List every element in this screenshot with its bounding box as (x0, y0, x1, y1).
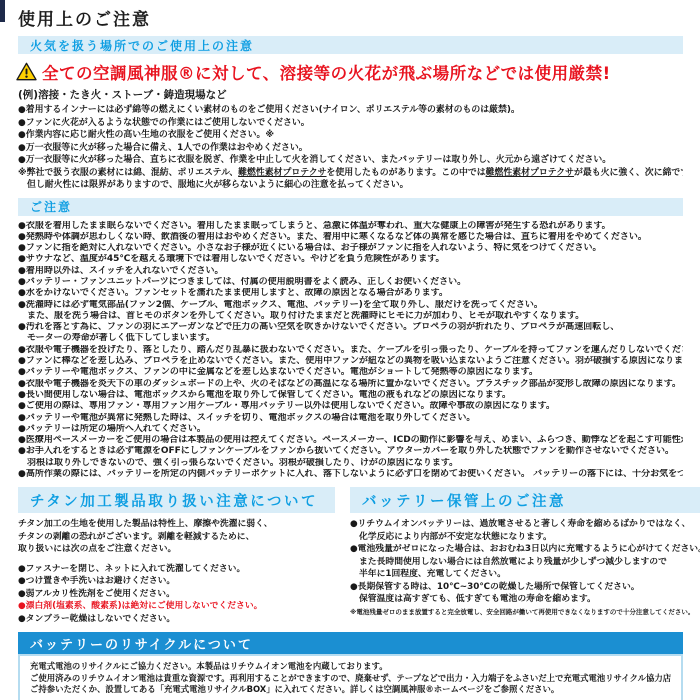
caution-notes-list: ●衣服を着用したまま眠らないでください。着用したまま眠ってしまうと、急激に体温が… (18, 221, 683, 481)
text-line: ご持参いただくか、設置してある「充電式電池リサイクルBOX」に入れてください。詳… (30, 684, 671, 696)
text-line: ●ファンに棒などを差し込み、プロペラを止めないでください。また、使用中ファンが紐… (18, 356, 683, 367)
text-line: ●タンブラー乾燥はしないでください。 (18, 613, 335, 626)
text-line: ●電池残量がゼロになった場合は、おおむね3日以内に充電するように心がけてください… (350, 543, 700, 556)
text-line: ●長い間使用しない場合は、電池ボックスから電池を取り外して保管してください。電池… (18, 390, 683, 401)
text-line: 保管温度は高すぎても、低すぎても電池の寿命を縮めます。 (350, 593, 700, 606)
text-line: 取り扱いには次の点をご注意ください。 (18, 543, 335, 556)
title-accent-bar (0, 0, 5, 22)
text-line: 充電式電池のリサイクルにご協力ください。本製品はリチウムイオン電池を内蔵しており… (30, 661, 671, 673)
text-line: ●水をかけないでください。ファンセットを濡れたまま使用しますと、故障の原因となる… (18, 288, 683, 299)
titanium-section-header: チタン加工製品取り扱い注意について (18, 487, 335, 513)
text-line: ●衣服を着用したまま眠らないでください。着用したまま眠ってしまうと、急激に体温が… (18, 221, 683, 232)
text-segment: が最も火に強く、次に綿です。 (574, 168, 683, 178)
text-line: また、服を洗う場合は、首ヒモのボタンを外してください。取り付けたままだと洗濯時に… (18, 311, 683, 322)
text-line: ●汚れを落とす為に、ファンの羽にエアーガンなどで圧力の高い空気を吹きかけないでく… (18, 322, 683, 333)
text-line: ●着用するインナーには必ず綿等の燃えにくい素材のものをご使用ください(ナイロン、… (18, 104, 683, 117)
text-line: 但し耐火性には限界がありますので、服地に火が移らないように細心の注意を払ってくだ… (18, 179, 683, 192)
text-line: ●医療用ペースメーカーをご使用の場合は本製品の使用は控えてください。ペースメーカ… (18, 435, 683, 446)
warning-triangle-icon (16, 62, 37, 81)
text-line: ●ご使用の際は、専用ファン・専用ファン用ケーブル・専用バッテリー以外は使用しない… (18, 401, 683, 412)
text-line: ●着用時以外は、スイッチを入れないでください。 (18, 266, 683, 277)
text-line: 半年に1回程度、充電してください。 (350, 568, 700, 581)
fire-notes-list: ●着用するインナーには必ず綿等の燃えにくい素材のものをご使用ください(ナイロン、… (18, 104, 683, 192)
battery-storage-section: バッテリー保管上のご注意 ●リチウムイオンバッテリーは、過放電させると著しく寿命… (350, 487, 700, 625)
text-line: ●高所作業の際には、バッテリーを所定の内側バッテリーポケットに入れ、落下しないよ… (18, 469, 683, 480)
text-line: ●つけ置きや手洗いはお避けください。 (18, 575, 335, 588)
text-line: ●作業内容に応じ耐火性の高い生地の衣服をご使用ください。※ (18, 129, 683, 142)
underlined-text: 難燃性素材プロテクサ (238, 168, 326, 178)
text-segment: ※弊社で扱う衣服の素材には綿、混紡、ポリエステル、 (18, 168, 238, 178)
text-line: ●バッテリー・ファンユニットパーツにつきましては、付属の使用説明書をよく読み、正… (18, 277, 683, 288)
text-line: ●バッテリーや電池ボックス、ファンの中に金属などを差し込まないでください。電池が… (18, 367, 683, 378)
text-line: ●ファンに火花が入るような状態での作業にはご使用しないでください。 (18, 117, 683, 130)
fire-section-header: 火気を扱う場所でのご使用上の注意 (18, 36, 683, 54)
text-line: ●サウナなど、温度が45℃を越える環境下では着用しないでください。やけどを負う危… (18, 254, 683, 265)
text-line: ●お手入れをするときは必ず電源をOFFにしファンケーブルをファンから抜いてくださ… (18, 446, 683, 457)
text-line: 羽根は取り外しできないので、強く引っ張らないでください。羽根が破損したり、けがの… (18, 458, 683, 469)
titanium-notes-list: チタン加工の生地を使用した製品は特性上、摩擦や洗濯に弱く、チタンの剥離の恐れがご… (18, 518, 335, 625)
text-line: ●万一衣服等に火が移った場合に備え、1人での作業はおやめください。 (18, 142, 683, 155)
recycle-info-box: 充電式電池のリサイクルにご協力ください。本製品はリチウムイオン電池を内蔵しており… (18, 654, 683, 700)
battery-storage-notes-list: ●リチウムイオンバッテリーは、過放電させると著しく寿命を縮めるばかりではなく、化… (350, 518, 700, 617)
two-column-section: チタン加工製品取り扱い注意について チタン加工の生地を使用した製品は特性上、摩擦… (18, 487, 683, 625)
example-line: (例)溶接・たき火・ストーブ・鋳造現場など (18, 87, 700, 99)
text-line: ご使用済みのリチウムイオン電池は貴重な資源です。再利用することができますので、廃… (30, 673, 671, 685)
text-segment: を使用したものがあります。この中では (327, 168, 486, 178)
warning-banner: 全ての空調風神服®に対して、溶接等の火花が飛ぶ場所などでは使用厳禁! (16, 60, 700, 83)
text-line: ※電池残量ゼロのまま放置すると完全放電し、安全回路が働いて再使用できなくなります… (350, 608, 700, 617)
warning-text: 全ての空調風神服®に対して、溶接等の火花が飛ぶ場所などでは使用厳禁! (42, 60, 611, 84)
text-line: ●バッテリーは所定の場所へ入れてください。 (18, 424, 683, 435)
text-line: チタンの剥離の恐れがございます。剥離を軽減するために、 (18, 531, 335, 544)
text-line: ●リチウムイオンバッテリーは、過放電させると著しく寿命を縮めるばかりではなく、 (350, 518, 700, 531)
titanium-section: チタン加工製品取り扱い注意について チタン加工の生地を使用した製品は特性上、摩擦… (18, 487, 335, 625)
recycle-section-header: バッテリーのリサイクルについて (18, 632, 683, 654)
text-line: ●弱アルカリ性洗剤をご使用ください。 (18, 588, 335, 601)
text-line: ●衣服や電子機器を投げたり、落としたり、踏んだり乱暴に扱わないでください。また、… (18, 345, 683, 356)
underlined-text: 難燃性素材プロテクサ (486, 168, 574, 178)
text-line: モーターの寿命が著しく低下してしまいます。 (18, 333, 683, 344)
caution-section-header: ご注意 (18, 198, 683, 216)
text-line: ●漂白剤(塩素系、酸素系)は絶対にご使用しないでください。 (18, 600, 335, 613)
text-line: ※弊社で扱う衣服の素材には綿、混紡、ポリエステル、難燃性素材プロテクサを使用した… (18, 167, 683, 180)
page-title: 使用上のご注意 (18, 5, 700, 30)
battery-storage-header: バッテリー保管上のご注意 (350, 487, 700, 513)
text-line: 化学反応により内部が不安定な状態になります。 (350, 531, 700, 544)
text-line: ●バッテリーや電池が異常に発熱した時は、スイッチを切り、電池ボックスの場合は電池… (18, 413, 683, 424)
text-line: ●ファンに指を絶対に入れないでください。小さなお子様が近くにいる場合は、お子様が… (18, 243, 683, 254)
text-line: ●ファスナーを閉じ、ネットに入れて洗濯してください。 (18, 563, 335, 576)
text-line: ●衣服や電子機器を炎天下の車のダッシュボードの上や、火のそばなどの高温になる場所… (18, 379, 683, 390)
text-line: ●洗濯時には必ず電気部品(ファン2個、ケーブル、電池ボックス、電池、バッテリー)… (18, 300, 683, 311)
caution-document-page: 使用上のご注意 火気を扱う場所でのご使用上の注意 全ての空調風神服®に対して、溶… (0, 0, 700, 700)
text-line: ●発熱時や体調が思わしくない時、飲酒後の着用はおやめください。また、着用中に寒く… (18, 232, 683, 243)
text-line: ●長期保管する時は、10℃~30℃の乾燥した場所で保管してください。 (350, 581, 700, 594)
text-line: ●万一衣服等に火が移った場合、直ちに衣服を脱ぎ、作業を中止して火を消してください… (18, 154, 683, 167)
text-line: また長時間使用しない場合には自然放電により残量が少しずつ減少しますので (350, 556, 700, 569)
text-line: チタン加工の生地を使用した製品は特性上、摩擦や洗濯に弱く、 (18, 518, 335, 531)
